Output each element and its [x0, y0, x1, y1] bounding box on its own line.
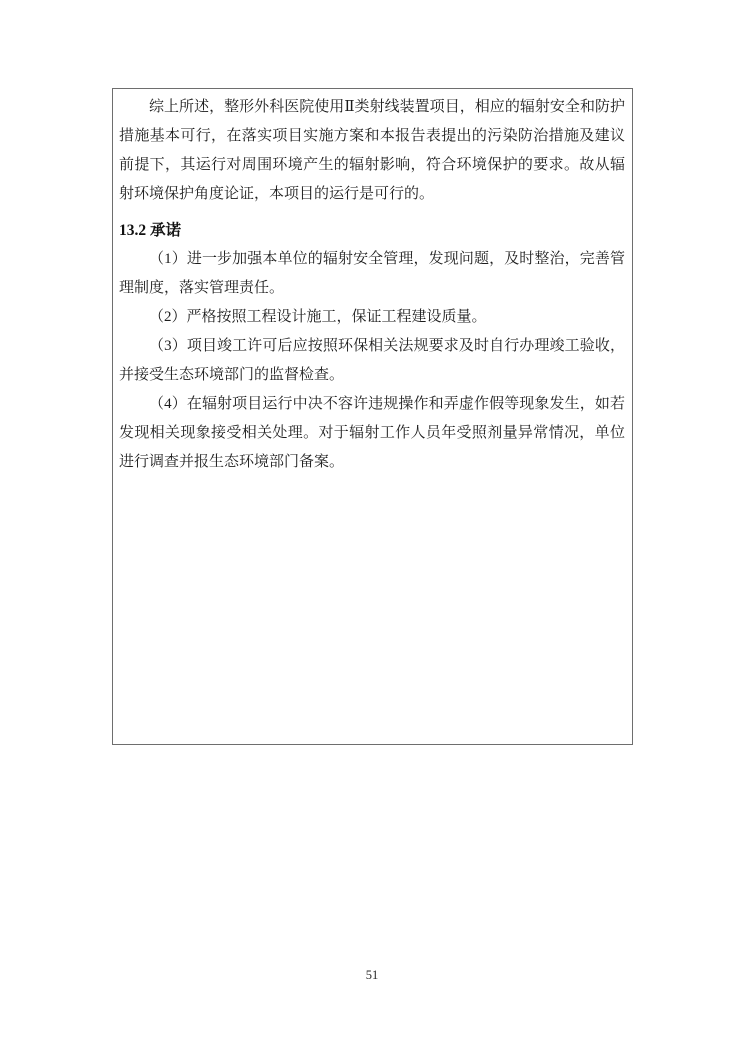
commitment-item-4: （4）在辐射项目运行中决不容许违规操作和弄虚作假等现象发生，如若发现相关现象接受…	[119, 390, 625, 477]
page-number: 51	[0, 967, 744, 983]
conclusion-paragraph: 综上所述，整形外科医院使用Ⅱ类射线装置项目，相应的辐射安全和防护措施基本可行，在…	[119, 93, 625, 209]
commitment-item-2: （2）严格按照工程设计施工，保证工程建设质量。	[119, 303, 625, 332]
commitment-item-3: （3）项目竣工许可后应按照环保相关法规要求及时自行办理竣工验收，并接受生态环境部…	[119, 332, 625, 390]
content-border-box: 综上所述，整形外科医院使用Ⅱ类射线装置项目，相应的辐射安全和防护措施基本可行，在…	[112, 88, 633, 745]
section-heading: 13.2 承诺	[119, 216, 625, 245]
document-page: 综上所述，整形外科医院使用Ⅱ类射线装置项目，相应的辐射安全和防护措施基本可行，在…	[0, 0, 744, 1053]
commitment-item-1: （1）进一步加强本单位的辐射安全管理，发现问题，及时整治，完善管理制度，落实管理…	[119, 245, 625, 303]
